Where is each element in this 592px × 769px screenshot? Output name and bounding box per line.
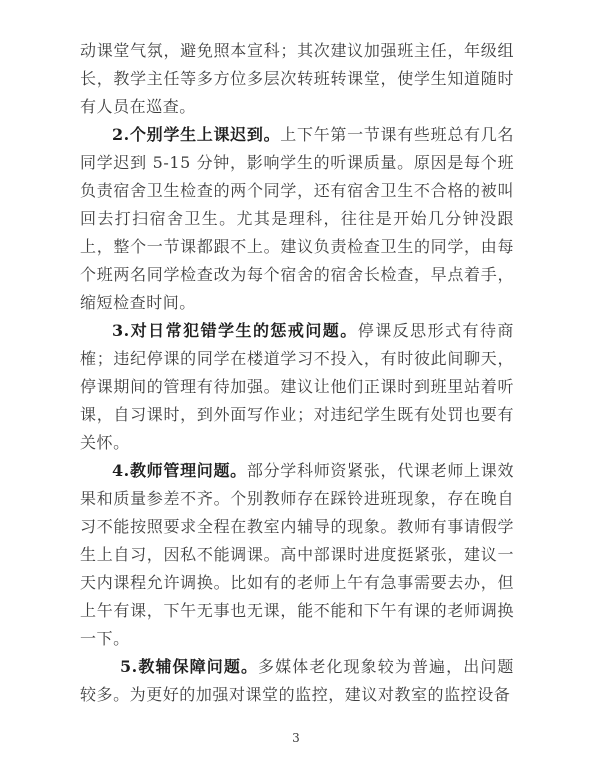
paragraph-text: 动课堂气氛，避免照本宣科；其次建议加强班主任，年级组长，教学主任等多方位多层次转… xyxy=(80,41,514,116)
paragraph-lead: 2.个别学生上课迟到。 xyxy=(112,125,280,144)
paragraph-text: 停课反思形式有待商榷；违纪停课的同学在楼道学习不投入，有时彼此间聊天，停课期间的… xyxy=(80,321,514,452)
paragraph-lead: 4.教师管理问题。 xyxy=(112,461,247,480)
paragraph: 3.对日常犯错学生的惩戒问题。停课反思形式有待商榷；违纪停课的同学在楼道学习不投… xyxy=(80,317,514,457)
document-body: 动课堂气氛，避免照本宣科；其次建议加强班主任，年级组长，教学主任等多方位多层次转… xyxy=(80,37,514,709)
document-page: 动课堂气氛，避免照本宣科；其次建议加强班主任，年级组长，教学主任等多方位多层次转… xyxy=(0,0,592,769)
paragraph: 2.个别学生上课迟到。上下午第一节课有些班总有几名同学迟到 5-15 分钟，影响… xyxy=(80,121,514,317)
paragraph-lead: 3.对日常犯错学生的惩戒问题。 xyxy=(112,321,358,340)
paragraph-text: 部分学科师资紧张，代课老师上课效果和质量参差不齐。个别教师存在踩铃进班现象，存在… xyxy=(80,461,514,648)
paragraph-text: 上下午第一节课有些班总有几名同学迟到 5-15 分钟，影响学生的听课质量。原因是… xyxy=(80,125,514,312)
paragraph: 5.教辅保障问题。多媒体老化现象较为普遍，出问题较多。为更好的加强对课堂的监控，… xyxy=(80,653,514,709)
paragraph-lead: 5.教辅保障问题。 xyxy=(120,657,258,676)
paragraph: 动课堂气氛，避免照本宣科；其次建议加强班主任，年级组长，教学主任等多方位多层次转… xyxy=(80,37,514,121)
paragraph: 4.教师管理问题。部分学科师资紧张，代课老师上课效果和质量参差不齐。个别教师存在… xyxy=(80,457,514,653)
page-number: 3 xyxy=(0,730,592,746)
